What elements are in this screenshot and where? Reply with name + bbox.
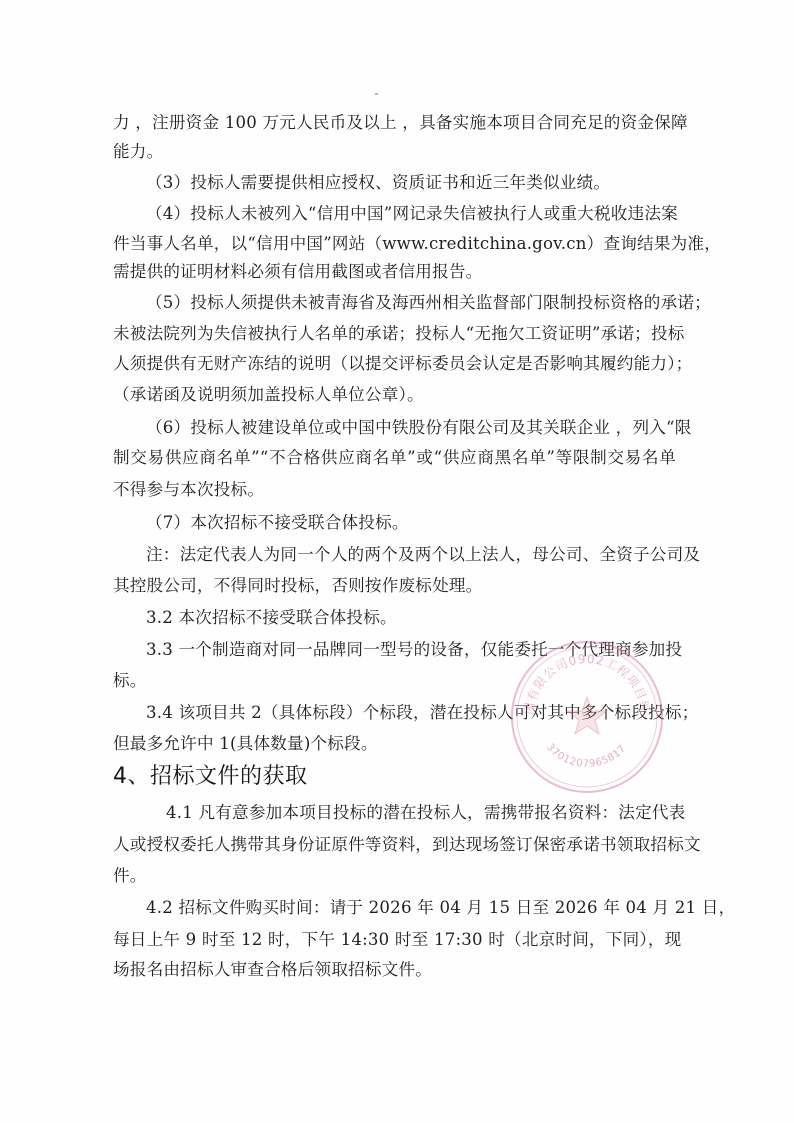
text-line: 每日上午 9 时至 12 时，下午 14:30 时至 17:30 时（北京时间，… <box>113 925 676 955</box>
text-line: 人须提供有无财产冻结的说明（以提交评标委员会认定是否影响其履约能力）； <box>113 349 676 379</box>
scan-speck <box>375 93 378 95</box>
text-line: 人或授权委托人携带其身份证原件等资料，到达现场签订保密承诺书领取招标文 <box>113 830 676 860</box>
text-line: 4.1 凡有意参加本项目投标的潜在投标人，需携带报名资料：法定代表 <box>166 798 676 828</box>
text-line: 注：法定代表人为同一个人的两个及两个以上法人，母公司、全资子公司及 <box>146 540 676 570</box>
text-line: 力 ，注册资金 100 万元人民币及以上 ，具备实施本项目合同充足的资金保障 <box>113 108 676 138</box>
text-line: 但最多允许中 1(具体数量)个标段。 <box>113 729 676 759</box>
text-line: 未被法院列为失信被执行人名单的承诺；投标人“无拖欠工资证明”承诺；投标 <box>113 319 676 349</box>
text-line: （7）本次招标不接受联合体投标。 <box>146 508 676 538</box>
text-line: 3.3 一个制造商对同一品牌同一型号的设备，仅能委托一个代理商参加投 <box>146 635 676 665</box>
text-line: 标。 <box>113 666 676 696</box>
text-line: 需提供的证明材料必须有信用截图或者信用报告。 <box>113 257 676 287</box>
text-line: （承诺函及说明须加盖投标人单位公章）。 <box>113 380 676 410</box>
text-line: 3.2 本次招标不接受联合体投标。 <box>146 603 676 633</box>
text-line: 场报名由招标人审查合格后领取招标文件。 <box>113 955 676 985</box>
text-line: 3.4 该项目共 2（具体标段）个标段，潜在投标人可对其中多个标段投标； <box>146 698 676 728</box>
text-line: （3）投标人需要提供相应授权、资质证书和近三年类似业绩。 <box>146 168 676 198</box>
text-line: 4.2 招标文件购买时间：请于 2026 年 04 月 15 日至 2026 年… <box>146 893 676 923</box>
text-line: （5）投标人须提供未被青海省及海西州相关监督部门限制投标资格的承诺； <box>146 288 676 318</box>
text-line: 制交易供应商名单”“不合格供应商名单”或“供应商黑名单”等限制交易名单 <box>113 443 676 473</box>
text-line: （4）投标人未被列入“信用中国”网记录失信被执行人或重大税收违法案 <box>146 199 676 229</box>
text-line: 件。 <box>113 861 676 891</box>
text-line: 能力。 <box>113 137 676 167</box>
text-line: 其控股公司，不得同时投标，否则按作废标处理。 <box>113 571 676 601</box>
document-page: 力 ，注册资金 100 万元人民币及以上 ，具备实施本项目合同充足的资金保障能力… <box>0 0 794 1123</box>
section-heading: 4、招标文件的获取 <box>113 760 308 794</box>
text-line: 件当事人名单，以“信用中国”网站（www.creditchina.gov.cn）… <box>113 229 676 259</box>
text-line: 不得参与本次投标。 <box>113 475 676 505</box>
text-line: （6）投标人被建设单位或中国中铁股份有限公司及其关联企业 ，列入“限 <box>146 413 676 443</box>
